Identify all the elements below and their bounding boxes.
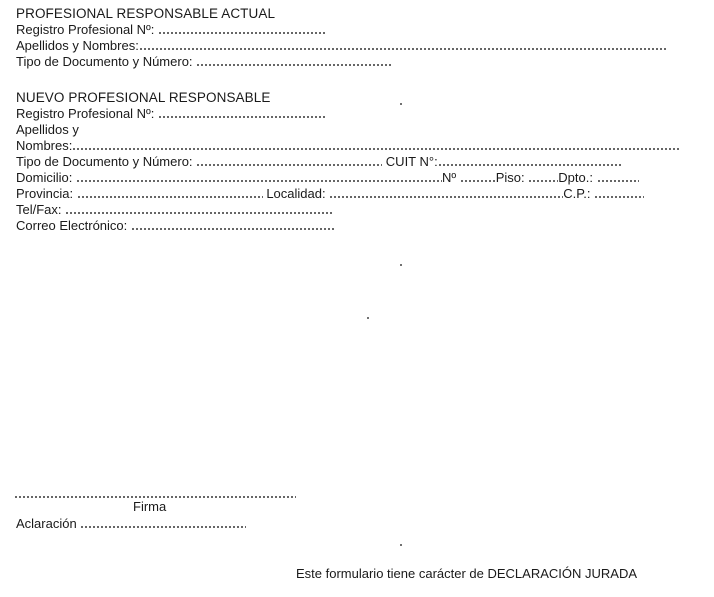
new-apellidos-label-line1: Apellidos y (16, 122, 79, 137)
new-tipo-doc-field[interactable]: Tipo de Documento y Número: CUIT N°: (16, 154, 622, 169)
new-apellidos-field[interactable]: Nombres: (16, 138, 680, 153)
signature-blank[interactable] (14, 496, 296, 498)
current-tipo-doc-blank[interactable] (196, 64, 392, 66)
scan-speck (400, 103, 402, 105)
current-tipo-doc-field[interactable]: Tipo de Documento y Número: (16, 54, 392, 69)
new-provincia-label: Provincia: (16, 186, 73, 201)
current-tipo-doc-label: Tipo de Documento y Número: (16, 54, 193, 69)
new-apellidos-blank[interactable] (72, 148, 680, 150)
new-telfax-blank[interactable] (65, 212, 333, 214)
new-cuit-label: CUIT N°: (386, 154, 438, 169)
new-registro-field[interactable]: Registro Profesional Nº: (16, 106, 326, 121)
new-piso-label: Piso: (496, 170, 525, 185)
new-domicilio-blank[interactable] (76, 180, 442, 182)
new-numero-label: Nº (442, 170, 456, 185)
new-tipo-doc-blank[interactable] (196, 164, 382, 166)
new-telfax-field[interactable]: Tel/Fax: (16, 202, 333, 217)
new-cp-label: C.P.: (563, 186, 590, 201)
current-apellidos-blank[interactable] (139, 48, 667, 50)
new-domicilio-field[interactable]: Domicilio: Nº Piso: Dpto.: (16, 170, 639, 185)
new-tipo-doc-label: Tipo de Documento y Número: (16, 154, 193, 169)
new-registro-label: Registro Profesional Nº: (16, 106, 154, 121)
signature-label: Firma (133, 499, 166, 514)
new-provincia-blank[interactable] (77, 196, 263, 198)
new-dpto-label: Dpto.: (558, 170, 593, 185)
new-dpto-blank[interactable] (597, 180, 639, 182)
new-cuit-blank[interactable] (438, 164, 622, 166)
new-correo-field[interactable]: Correo Electrónico: (16, 218, 335, 233)
current-registro-blank[interactable] (158, 32, 326, 34)
new-professional-heading: NUEVO PROFESIONAL RESPONSABLE (16, 90, 270, 105)
current-registro-label: Registro Profesional Nº: (16, 22, 154, 37)
new-localidad-blank[interactable] (329, 196, 563, 198)
new-telfax-label: Tel/Fax: (16, 202, 62, 217)
new-numero-blank[interactable] (460, 180, 496, 182)
scan-speck (367, 317, 369, 319)
new-cp-blank[interactable] (594, 196, 644, 198)
new-registro-blank[interactable] (158, 116, 326, 118)
current-registro-field[interactable]: Registro Profesional Nº: (16, 22, 326, 37)
new-provincia-field[interactable]: Provincia: Localidad: C.P.: (16, 186, 644, 201)
aclaracion-label: Aclaración (16, 516, 77, 531)
declaration-note: Este formulario tiene carácter de DECLAR… (296, 566, 637, 581)
new-apellidos-label: Nombres: (16, 138, 72, 153)
current-apellidos-field[interactable]: Apellidos y Nombres: (16, 38, 667, 53)
current-apellidos-label: Apellidos y Nombres: (16, 38, 139, 53)
current-professional-heading: PROFESIONAL RESPONSABLE ACTUAL (16, 6, 275, 21)
new-piso-blank[interactable] (528, 180, 558, 182)
aclaracion-blank[interactable] (80, 526, 246, 528)
scan-speck (400, 264, 402, 266)
new-correo-label: Correo Electrónico: (16, 218, 127, 233)
aclaracion-field[interactable]: Aclaración (16, 516, 246, 531)
new-correo-blank[interactable] (131, 228, 335, 230)
new-localidad-label: Localidad: (266, 186, 325, 201)
scan-speck (400, 544, 402, 546)
new-domicilio-label: Domicilio: (16, 170, 72, 185)
